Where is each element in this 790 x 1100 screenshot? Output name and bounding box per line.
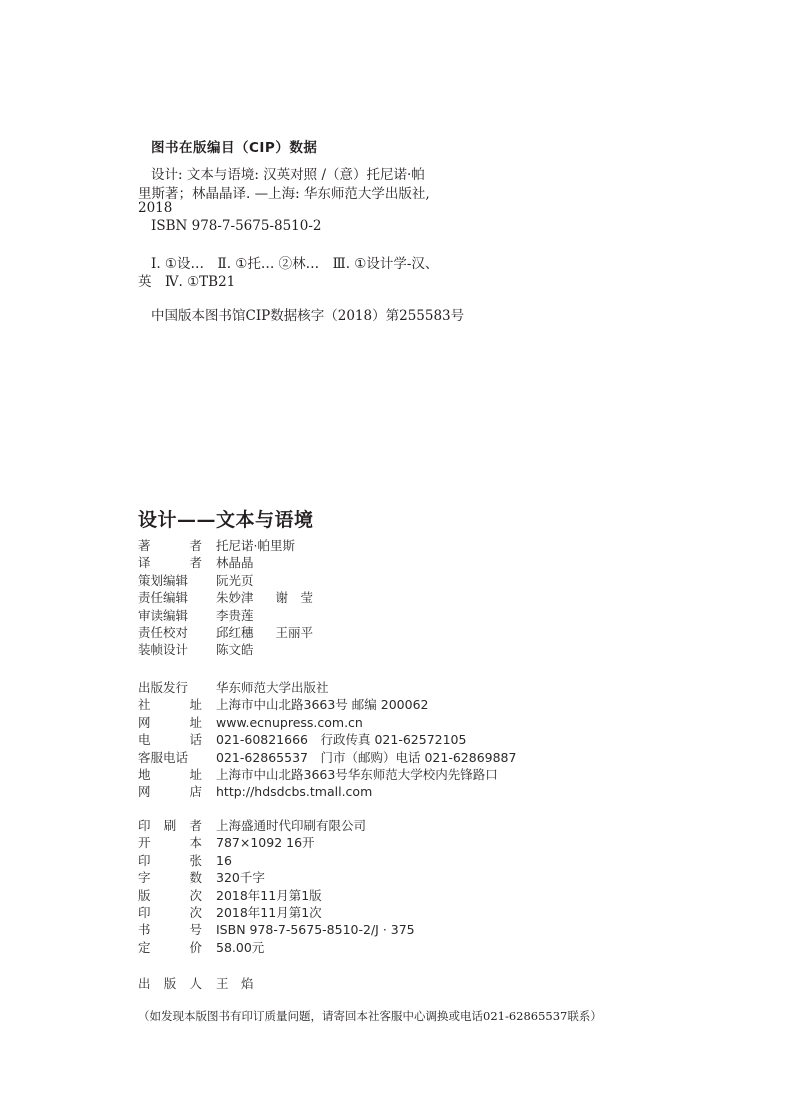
field-value: 林晶晶: [216, 554, 254, 571]
cip-verification-number: 中国版本图书馆CIP数据核字（2018）第255583号: [151, 304, 464, 324]
printing-row: 定价58.00元: [138, 939, 415, 956]
field-label: 书号: [138, 921, 202, 938]
printing-row: 书号ISBN 978-7-5675-8510-2/J · 375: [138, 921, 415, 938]
field-label: 地址: [138, 766, 202, 783]
cip-line-1: 设计: 文本与语境: 汉英对照 /（意）托尼诺·帕: [151, 163, 425, 183]
publisher-person-row: 出版人王 焰: [138, 975, 254, 992]
printing-row: 印刷者上海盛通时代印刷有限公司: [138, 817, 415, 834]
publisher-row: 社址上海市中山北路3663号 邮编 200062: [138, 696, 516, 713]
field-value: 58.00元: [216, 939, 264, 956]
cip-title: 图书在版编目（CIP）数据: [151, 136, 317, 156]
field-value: ISBN 978-7-5675-8510-2/J · 375: [216, 921, 415, 938]
field-label: 定价: [138, 939, 202, 956]
field-value: 上海市中山北路3663号华东师范大学校内先锋路口: [216, 766, 498, 783]
field-value: 上海盛通时代印刷有限公司: [216, 817, 366, 834]
field-label: 版次: [138, 887, 202, 904]
publisher-info-list: 出版发行华东师范大学出版社社址上海市中山北路3663号 邮编 200062网址w…: [138, 679, 516, 801]
field-value: http://hdsdcbs.tmall.com: [216, 783, 372, 800]
field-label: 著者: [138, 537, 202, 554]
credit-row: 装帧设计陈文皓: [138, 641, 313, 658]
field-value: 邱红穗王丽平: [216, 624, 313, 641]
credit-row: 责任校对邱红穗王丽平: [138, 624, 313, 641]
field-value: 021-62865537 门市（邮购）电话 021-62869887: [216, 749, 516, 766]
field-value: 华东师范大学出版社: [216, 679, 329, 696]
field-label: 译者: [138, 554, 202, 571]
field-label: 印次: [138, 904, 202, 921]
cip-line-2: 里斯著；林晶晶译. —上海: 华东师范大学出版社,: [138, 182, 430, 202]
field-label: 网址: [138, 714, 202, 731]
field-label: 审读编辑: [138, 607, 202, 624]
field-label: 印张: [138, 852, 202, 869]
cip-line-3: 2018: [138, 200, 172, 216]
credit-row: 著者托尼诺·帕里斯: [138, 537, 313, 554]
field-value: 16: [216, 852, 232, 869]
field-value: 2018年11月第1次: [216, 904, 322, 921]
field-value: 787×1092 16开: [216, 834, 315, 851]
publisher-row: 网址www.ecnupress.com.cn: [138, 714, 516, 731]
field-value: 320千字: [216, 869, 265, 886]
credit-row: 译者林晶晶: [138, 554, 313, 571]
field-label: 印刷者: [138, 817, 202, 834]
field-value: 王 焰: [216, 975, 254, 992]
quality-notice: （如发现本版图书有印订质量问题，请寄回本社客服中心调换或电话021-628655…: [138, 1008, 602, 1024]
field-value: 陈文皓: [216, 641, 254, 658]
printing-info-list: 印刷者上海盛通时代印刷有限公司开本787×1092 16开印张16字数320千字…: [138, 817, 415, 956]
field-value: 托尼诺·帕里斯: [216, 537, 295, 554]
printing-row: 印次2018年11月第1次: [138, 904, 415, 921]
field-value: www.ecnupress.com.cn: [216, 714, 363, 731]
publisher-row: 地址上海市中山北路3663号华东师范大学校内先锋路口: [138, 766, 516, 783]
field-label: 字数: [138, 869, 202, 886]
book-title: 设计——文本与语境: [138, 505, 314, 532]
publisher-row: 电话021-60821666 行政传真 021-62572105: [138, 731, 516, 748]
printing-row: 版次2018年11月第1版: [138, 887, 415, 904]
publisher-row: 网店http://hdsdcbs.tmall.com: [138, 783, 516, 800]
printing-row: 开本787×1092 16开: [138, 834, 415, 851]
field-value: 021-60821666 行政传真 021-62572105: [216, 731, 466, 748]
field-value: 阮光页: [216, 572, 254, 589]
field-label: 责任编辑: [138, 589, 202, 606]
field-value: 上海市中山北路3663号 邮编 200062: [216, 696, 428, 713]
credit-row: 策划编辑阮光页: [138, 572, 313, 589]
publisher-row: 出版发行华东师范大学出版社: [138, 679, 516, 696]
publisher-person: 出版人王 焰: [138, 975, 254, 992]
field-label: 装帧设计: [138, 641, 202, 658]
field-label: 电话: [138, 731, 202, 748]
printing-row: 字数320千字: [138, 869, 415, 886]
field-label: 出版发行: [138, 679, 202, 696]
credit-row: 审读编辑李贵莲: [138, 607, 313, 624]
printing-row: 印张16: [138, 852, 415, 869]
field-label: 责任校对: [138, 624, 202, 641]
field-value: 朱妙津谢 莹: [216, 589, 313, 606]
field-value: 李贵莲: [216, 607, 254, 624]
cip-classification-1: Ⅰ. ①设… Ⅱ. ①托… ②林… Ⅲ. ①设计学-汉、: [151, 252, 438, 272]
field-label: 策划编辑: [138, 572, 202, 589]
field-label: 客服电话: [138, 749, 202, 766]
field-label: 开本: [138, 834, 202, 851]
field-label: 网店: [138, 783, 202, 800]
field-value: 2018年11月第1版: [216, 887, 322, 904]
cip-isbn: ISBN 978-7-5675-8510-2: [151, 218, 322, 234]
cip-classification-2: 英 Ⅳ. ①TB21: [138, 270, 235, 290]
credit-row: 责任编辑朱妙津谢 莹: [138, 589, 313, 606]
field-label: 社址: [138, 696, 202, 713]
publisher-row: 客服电话021-62865537 门市（邮购）电话 021-62869887: [138, 749, 516, 766]
field-label: 出版人: [138, 975, 202, 992]
credits-list: 著者托尼诺·帕里斯译者林晶晶策划编辑阮光页责任编辑朱妙津谢 莹审读编辑李贵莲责任…: [138, 537, 313, 659]
